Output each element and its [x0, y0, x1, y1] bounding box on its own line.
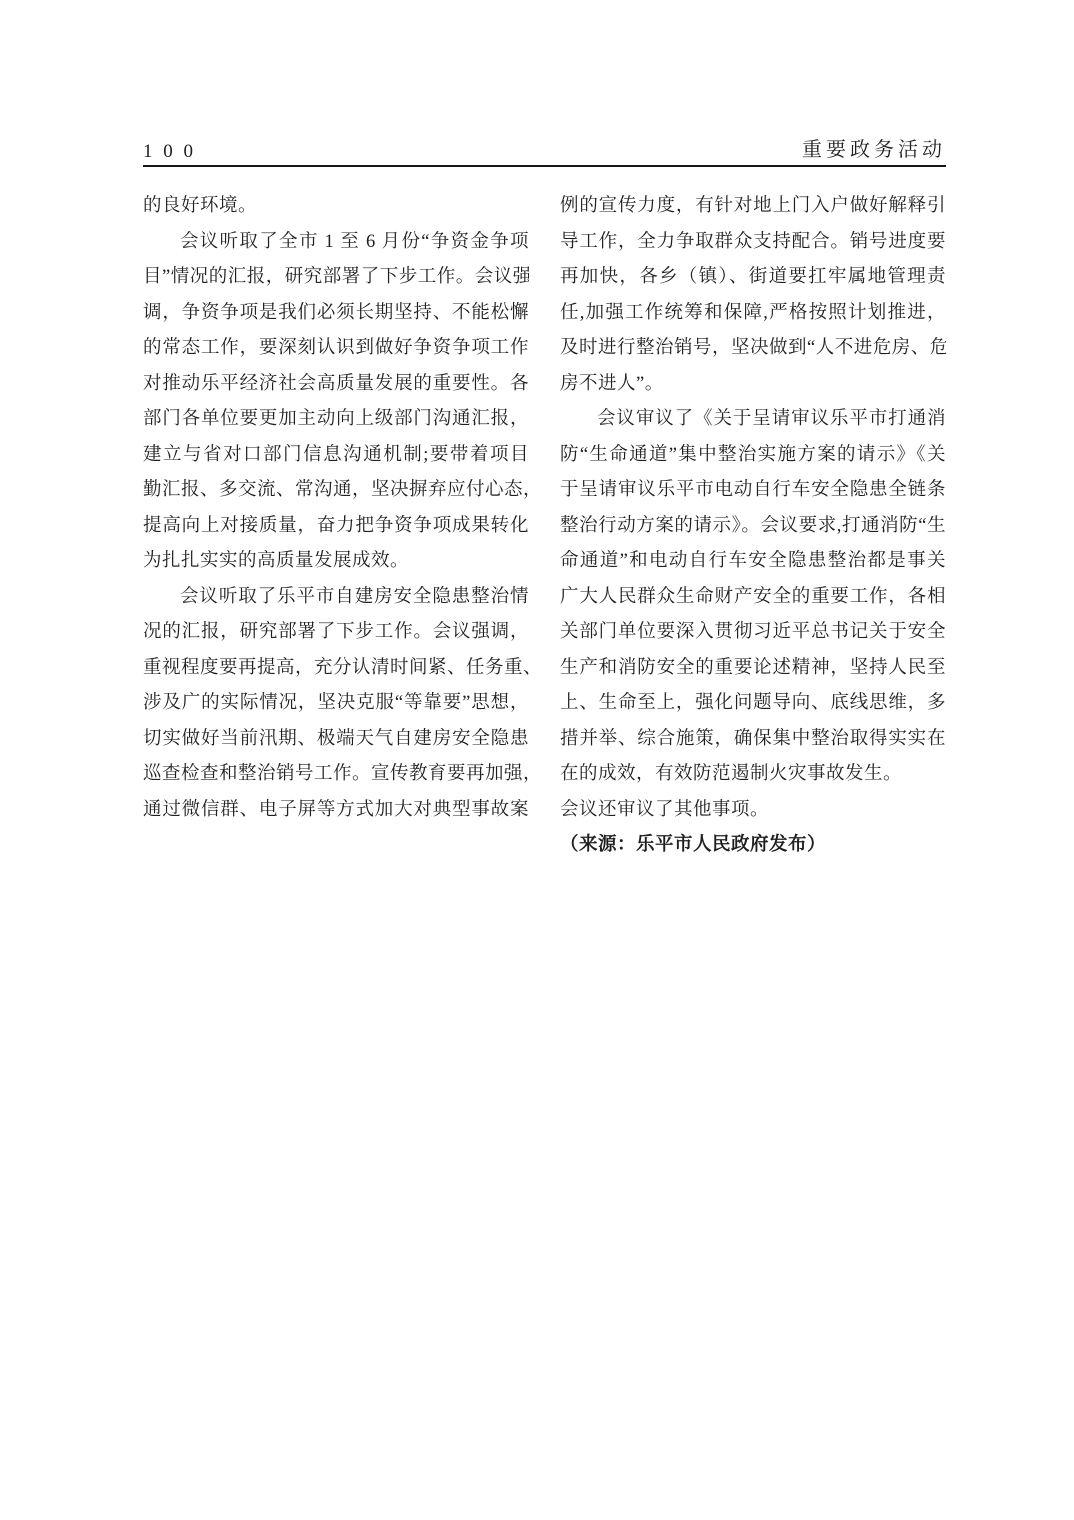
text-line: 生产和消防安全的重要论述精神，坚持人民至 [560, 651, 946, 687]
text-line: 关部门单位要深入贯彻习近平总书记关于安全 [560, 615, 946, 651]
document-page: 1 0 0 重要政务活动 的良好环境。会议听取了全市 1 至 6 月份“争资金争… [0, 0, 1074, 1520]
text-line: 切实做好当前汛期、极端天气自建房安全隐患 [143, 722, 529, 758]
text-line: 勤汇报、多交流、常沟通，坚决摒弃应付心态， [143, 473, 529, 509]
running-head-title: 重要政务活动 [802, 133, 946, 164]
text-line: 的常态工作，要深刻认识到做好争资争项工作 [143, 331, 529, 367]
text-line: 涉及广的实际情况，坚决克服“等靠要”思想， [143, 686, 529, 722]
text-line: 于呈请审议乐平市电动自行车安全隐患全链条 [560, 473, 946, 509]
text-line: 整治行动方案的请示》。会议要求,打通消防“生 [560, 509, 946, 545]
text-line: 上、生命至上，强化问题导向、底线思维，多 [560, 686, 946, 722]
text-line: 通过微信群、电子屏等方式加大对典型事故案 [143, 793, 529, 829]
text-line: 重视程度要再提高，充分认清时间紧、任务重、 [143, 651, 529, 687]
text-line: 及时进行整治销号，坚决做到“人不进危房、危 [560, 331, 946, 367]
text-line: 会议还审议了其他事项。 [560, 793, 946, 829]
text-line: 部门各单位要更加主动向上级部门沟通汇报， [143, 402, 529, 438]
left-column: 的良好环境。会议听取了全市 1 至 6 月份“争资金争项目”情况的汇报，研究部署… [143, 189, 529, 864]
source-attribution: （来源：乐平市人民政府发布） [560, 828, 946, 864]
header-rule [143, 165, 946, 167]
text-line: 况的汇报，研究部署了下步工作。会议强调， [143, 615, 529, 651]
text-line: 为扎扎实实的高质量发展成效。 [143, 544, 529, 580]
text-line: 目”情况的汇报，研究部署了下步工作。会议强 [143, 260, 529, 296]
text-line: 的良好环境。 [143, 189, 529, 225]
text-line: 巡查检查和整治销号工作。宣传教育要再加强， [143, 757, 529, 793]
text-line: 提高向上对接质量，奋力把争资争项成果转化 [143, 509, 529, 545]
text-line: 任,加强工作统筹和保障,严格按照计划推进， [560, 296, 946, 332]
text-line: 会议审议了《关于呈请审议乐平市打通消 [560, 402, 946, 438]
right-column: 例的宣传力度，有针对地上门入户做好解释引导工作，全力争取群众支持配合。销号进度要… [560, 189, 946, 864]
text-line: 对推动乐平经济社会高质量发展的重要性。各 [143, 367, 529, 403]
text-line: 命通道”和电动自行车安全隐患整治都是事关 [560, 544, 946, 580]
text-line: 防“生命通道”集中整治实施方案的请示》《关 [560, 438, 946, 474]
text-line: 房不进人”。 [560, 367, 946, 403]
text-line: 在的成效，有效防范遏制火灾事故发生。 [560, 757, 946, 793]
article-body: 的良好环境。会议听取了全市 1 至 6 月份“争资金争项目”情况的汇报，研究部署… [143, 189, 946, 864]
text-line: 导工作，全力争取群众支持配合。销号进度要 [560, 225, 946, 261]
text-line: 广大人民群众生命财产安全的重要工作，各相 [560, 580, 946, 616]
page-header: 1 0 0 重要政务活动 [143, 134, 946, 164]
text-line: 建立与省对口部门信息沟通机制;要带着项目 [143, 438, 529, 474]
text-line: 措并举、综合施策，确保集中整治取得实实在 [560, 722, 946, 758]
text-line: 再加快，各乡（镇）、街道要扛牢属地管理责 [560, 260, 946, 296]
text-line: 会议听取了全市 1 至 6 月份“争资金争项 [143, 225, 529, 261]
text-line: 例的宣传力度，有针对地上门入户做好解释引 [560, 189, 946, 225]
right-column-lines: 例的宣传力度，有针对地上门入户做好解释引导工作，全力争取群众支持配合。销号进度要… [560, 189, 946, 828]
text-line: 调，争资争项是我们必须长期坚持、不能松懈 [143, 296, 529, 332]
text-line: 会议听取了乐平市自建房安全隐患整治情 [143, 580, 529, 616]
page-number: 1 0 0 [143, 141, 196, 164]
